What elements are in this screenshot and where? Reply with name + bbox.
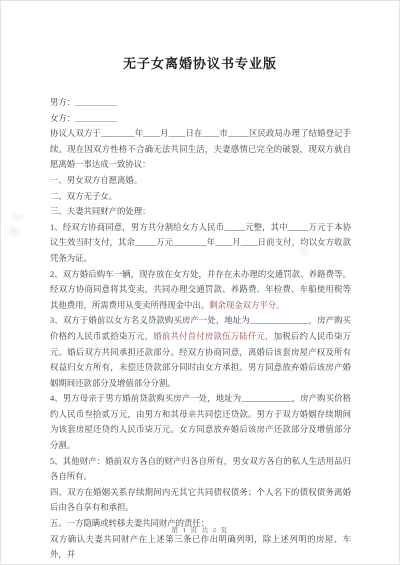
paragraph: 一、男女双方自愿离婚。 [50, 173, 351, 189]
highlighted-text: 婚前共付首付房款伍万陆仟元， [153, 332, 274, 341]
page-number: 第 1 页 共 2 页 [1, 525, 399, 534]
highlighted-text: 剩余现金双方平分。 [209, 301, 284, 310]
document-page: 〣〢 〇〢 〢 无子女离婚协议书专业版 男方：＿＿＿＿＿女方：＿＿＿＿＿协议人双… [0, 0, 400, 565]
body-text: 一、男女双方自愿离婚。 [50, 176, 142, 185]
paragraph: 1、经双方协商同意，男方共分割给女方人民币_____元整，其中_____万元于本… [50, 220, 351, 267]
body-text: 4、男方母亲于男方婚前贷款购买房产一处，地址为____________，房产购买… [50, 394, 351, 450]
body-text: 2、双方婚后购车一辆，现存放在女方处，并存在未办理的交通罚款、养路费等。经双方协… [50, 270, 351, 310]
paragraph: 5、其他财产：婚前双方各自的财产归各自所有，男女双方各自的私人生活用品归各自所有… [50, 454, 351, 485]
paragraph: 二、双方无子女。 [50, 189, 351, 205]
body-text: 男方：＿＿＿＿＿ [50, 98, 117, 107]
document-body: 男方：＿＿＿＿＿女方：＿＿＿＿＿协议人双方于________年____月____… [1, 95, 399, 563]
body-text: 三、夫妻共同财产的处理： [50, 207, 151, 216]
paragraph: 4、男方母亲于男方婚前贷款购买房产一处，地址为____________，房产购买… [50, 391, 351, 453]
paragraph: 3、双方于婚前以女方名义贷款购买房产一处，地址为______________，房… [50, 313, 351, 391]
body-text: 四、双方在婚姻关系存续期间内无其它共同债权债务；个人名下的债权债务离婚后由各自享… [50, 488, 351, 513]
paragraph: 四、双方在婚姻关系存续期间内无其它共同债权债务；个人名下的债权债务离婚后由各自享… [50, 485, 351, 516]
body-text: 协议人双方于________年____月____日在____市_____区民政局… [50, 129, 351, 169]
paragraph: 女方：＿＿＿＿＿ [50, 111, 351, 127]
paragraph: 双方确认夫妻共同财产在上述第三条已作出明确列明，除上述列明的房屋、车外，并 [50, 532, 351, 563]
paragraph: 三、夫妻共同财产的处理： [50, 204, 351, 220]
paragraph: 协议人双方于________年____月____日在____市_____区民政局… [50, 126, 351, 173]
document-title: 无子女离婚协议书专业版 [1, 53, 399, 72]
paragraph: 男方：＿＿＿＿＿ [50, 95, 351, 111]
body-text: 二、双方无子女。 [50, 192, 117, 201]
body-text: 5、其他财产：婚前双方各自的财产归各自所有，男女双方各自的私人生活用品归各自所有… [50, 457, 351, 482]
body-text: 女方：＿＿＿＿＿ [50, 114, 117, 123]
paragraph: 2、双方婚后购车一辆，现存放在女方处，并存在未办理的交通罚款、养路费等。经双方协… [50, 267, 351, 314]
body-text: 1、经双方协商同意，男方共分割给女方人民币_____元整，其中_____万元于本… [50, 223, 351, 263]
body-text: 双方确认夫妻共同财产在上述第三条已作出明确列明，除上述列明的房屋、车外，并 [50, 535, 351, 560]
